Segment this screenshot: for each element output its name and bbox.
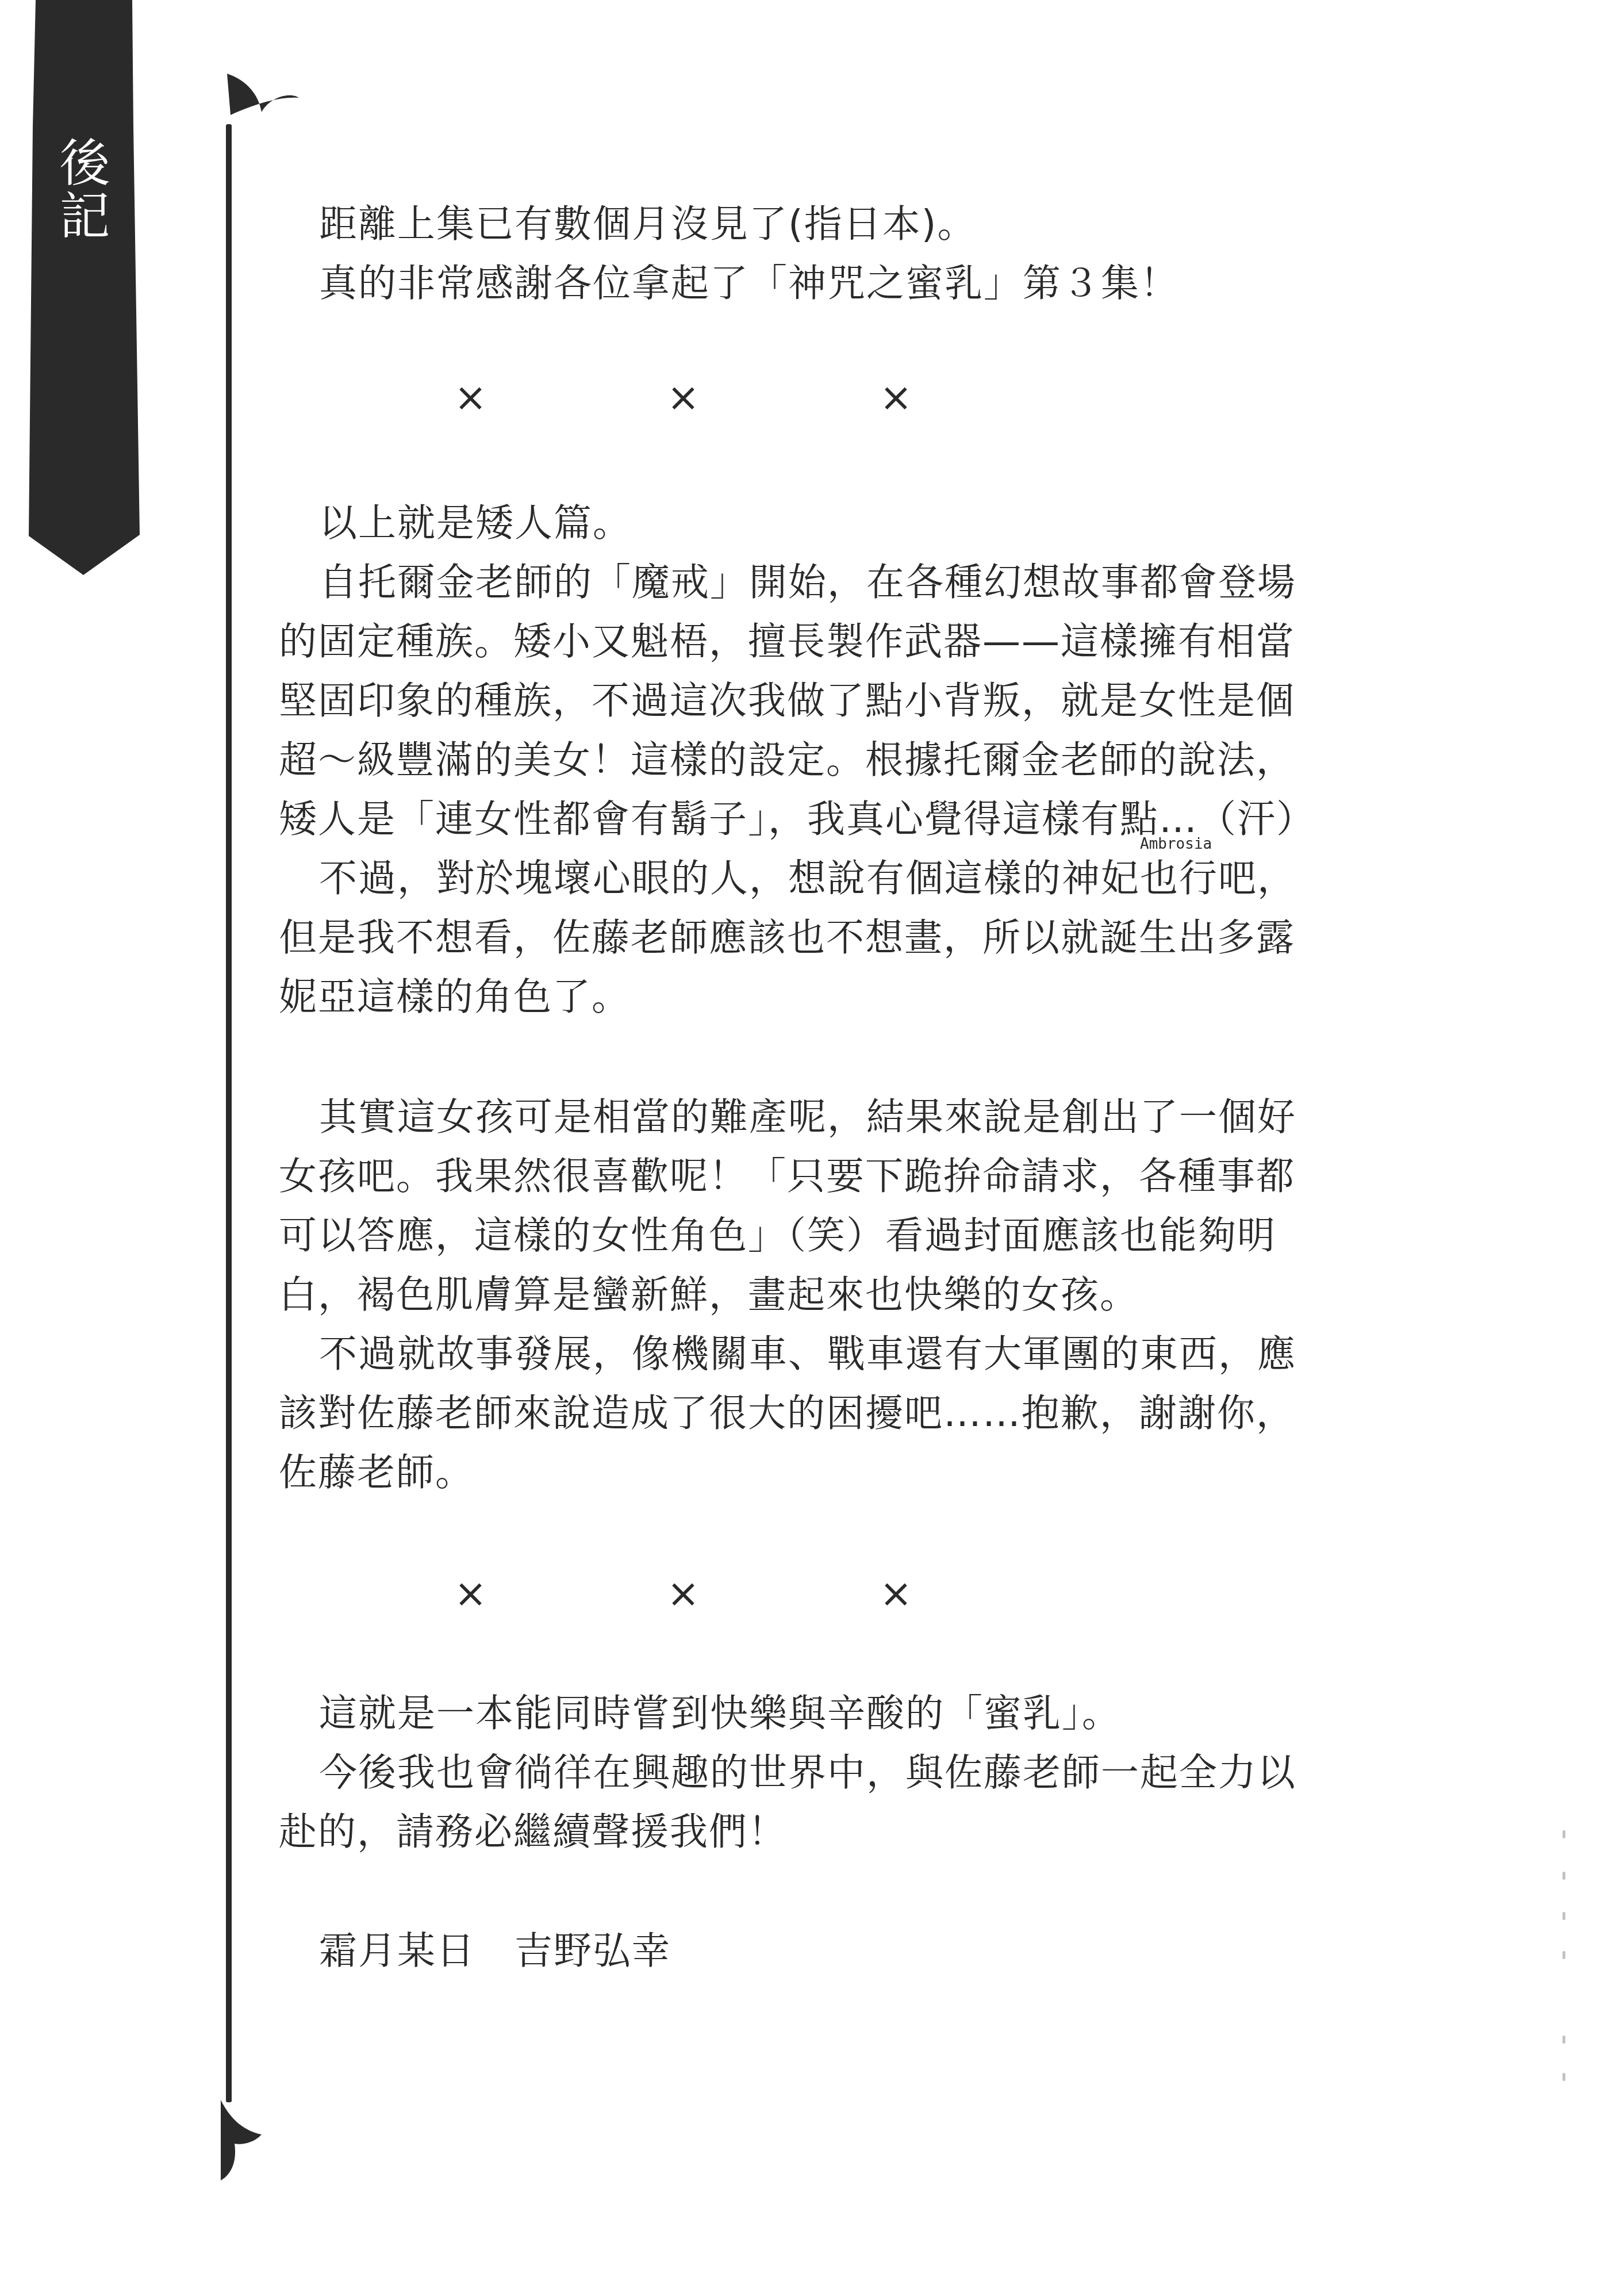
- separator-mark: ×: [880, 375, 912, 421]
- paragraph-line: 堅固印象的種族，不過這次我做了點小背叛，就是女性是個: [279, 675, 1295, 727]
- paragraph-line: 這就是一本能同時嘗到快樂與辛酸的「蜜乳」。: [279, 1688, 1121, 1739]
- scan-mark: [1562, 2036, 1565, 2044]
- paragraph-line: 該對佐藤老師來說造成了很大的困擾吧……抱歉，謝謝你，: [279, 1388, 1295, 1439]
- bottom-ornament-icon: [221, 2100, 262, 2180]
- paragraph-line: 可以答應，這樣的女性角色」（笑）看過封面應該也能夠明: [279, 1210, 1276, 1262]
- paragraph-line: 距離上集已有數個月沒見了(指日本)。: [279, 198, 977, 250]
- paragraph-line: 赴的，請務必繼續聲援我們！: [279, 1806, 787, 1858]
- decorative-vertical-rule: [0, 0, 299, 2284]
- paragraph-line: 其實這女孩可是相當的難產呢，結果來說是創出了一個好: [279, 1091, 1296, 1143]
- separator-mark: ×: [667, 375, 700, 421]
- separator-mark: ×: [667, 1571, 700, 1617]
- ruby-annotation: Ambrosia: [1140, 837, 1212, 852]
- separator-mark: ×: [454, 1571, 487, 1617]
- paragraph-line: 佐藤老師。: [279, 1447, 474, 1499]
- signature-line: 霜月某日 吉野弘幸: [279, 1925, 671, 1977]
- paragraph-line: 自托爾金老師的「魔戒」開始，在各種幻想故事都會登場: [279, 557, 1296, 608]
- scan-mark: [1562, 1951, 1565, 1959]
- scan-mark: [1562, 1912, 1565, 1920]
- paragraph-line: 不過，對於塊壞心眼的人，想說有個這樣的神妃也行吧，: [279, 853, 1296, 905]
- paragraph-line: 真的非常感謝各位拿起了「神咒之蜜乳」第３集！: [279, 258, 1179, 309]
- paragraph-line: 今後我也會徜徉在興趣的世界中，與佐藤老師一起全力以: [279, 1747, 1296, 1799]
- paragraph-line: 以上就是矮人篇。: [279, 497, 632, 549]
- scan-mark: [1562, 1830, 1565, 1838]
- paragraph-line: 超～級豐滿的美女！這樣的設定。根據托爾金老師的說法，: [279, 734, 1295, 786]
- paragraph-line: 白，褐色肌膚算是蠻新鮮，畫起來也快樂的女孩。: [279, 1269, 1139, 1321]
- top-ornament-icon: [227, 74, 299, 115]
- paragraph-line: 不過就故事發展，像機關車、戰車還有大軍團的東西，應: [279, 1328, 1296, 1380]
- paragraph-line: 但是我不想看，佐藤老師應該也不想畫，所以就誕生出多露: [279, 912, 1295, 964]
- separator-mark: ×: [454, 375, 487, 421]
- scan-mark: [1562, 1872, 1565, 1880]
- scan-mark: [1562, 2073, 1565, 2081]
- paragraph-line: 的固定種族。矮小又魁梧，擅長製作武器——這樣擁有相當: [279, 616, 1295, 668]
- paragraph-line: 女孩吧。我果然很喜歡呢！「只要下跪拚命請求，各種事都: [279, 1151, 1295, 1202]
- paragraph-line: 妮亞這樣的角色了。: [279, 971, 631, 1023]
- separator-mark: ×: [880, 1571, 912, 1617]
